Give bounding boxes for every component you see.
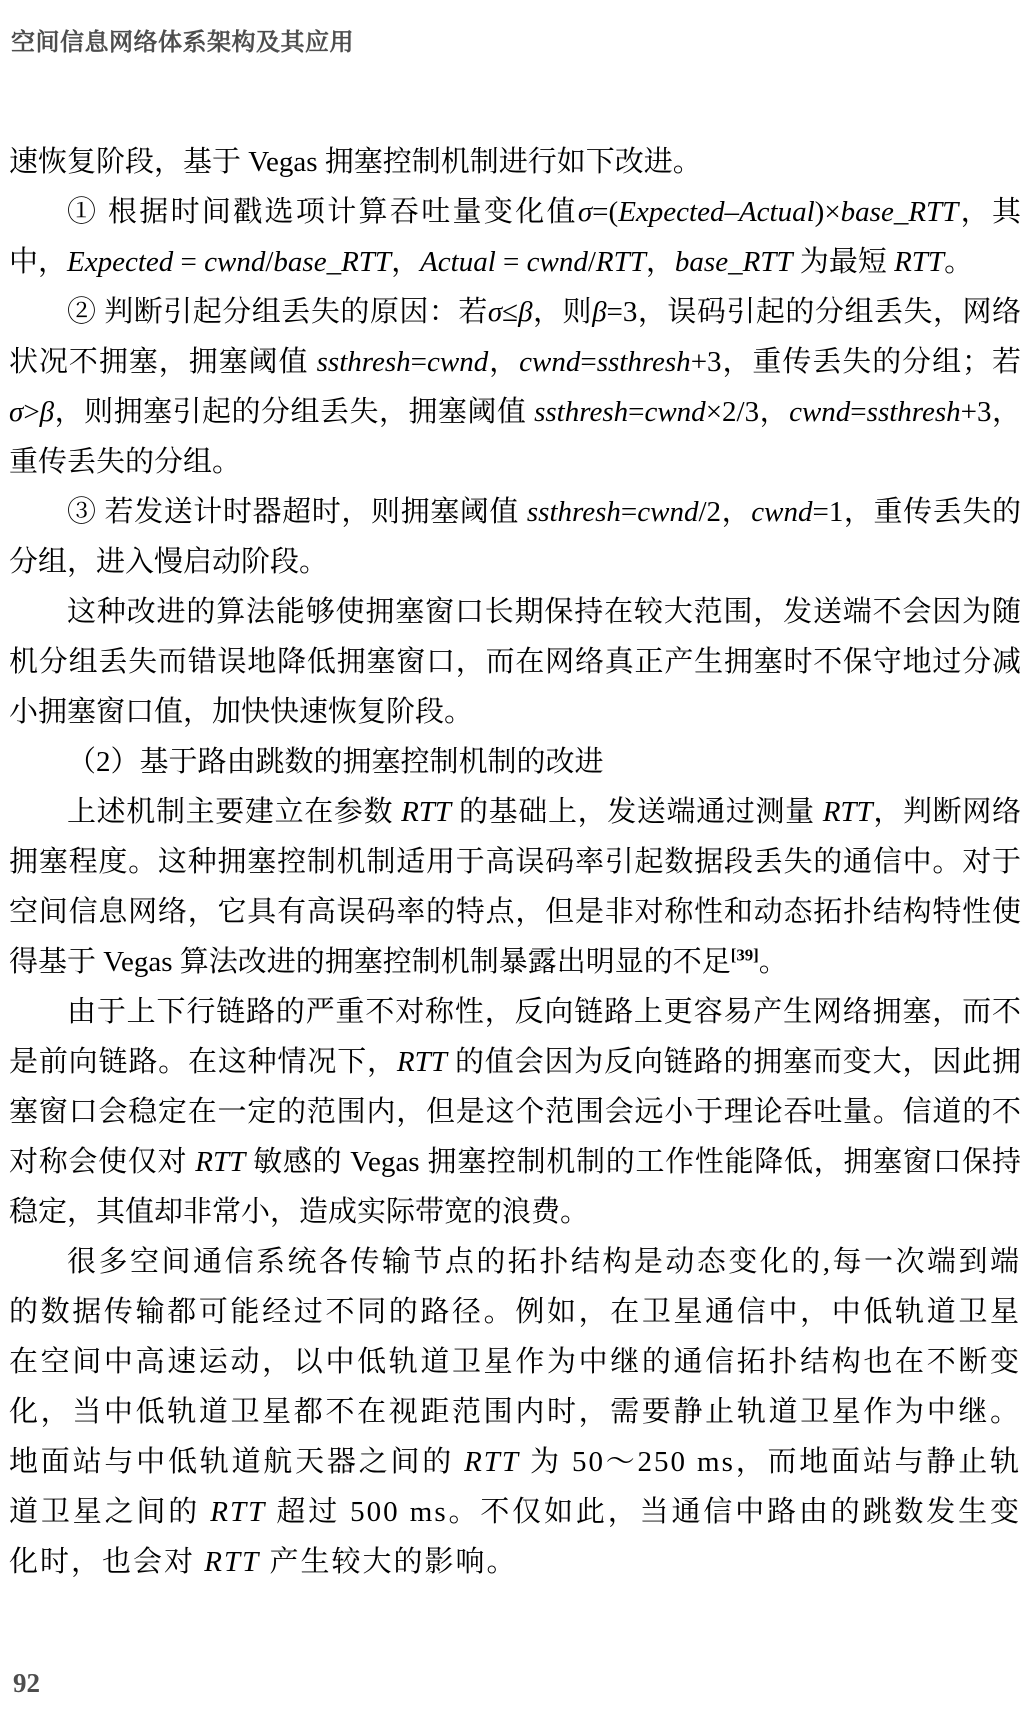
math-term: ssthresh	[527, 496, 621, 528]
paragraph-6: （2）基于路由跳数的拥塞控制机制的改进	[9, 737, 1021, 787]
text-run: ① 根据时间戳选项计算吞吐量变化值	[67, 196, 578, 228]
text-run: ② 判断引起分组丢失的原因：若	[67, 296, 488, 328]
paragraph-3: ② 判断引起分组丢失的原因：若σ≤β，则β=3，误码引起的分组丢失，网络状况不拥…	[9, 287, 1021, 487]
text-run: 上述机制主要建立在参数	[67, 796, 401, 828]
math-term: β	[518, 296, 532, 328]
text-run: 。	[944, 246, 973, 278]
document-page: 空间信息网络体系架构及其应用 速恢复阶段，基于 Vegas 拥塞控制机制进行如下…	[0, 0, 1029, 1717]
text-run: 。	[759, 946, 788, 978]
citation-ref: [39]	[731, 945, 759, 964]
text-run: ，	[391, 246, 420, 278]
math-term: cwnd	[519, 346, 580, 378]
math-term: σ	[488, 296, 502, 328]
math-term: Actual	[739, 196, 815, 228]
math-term: Actual	[420, 246, 496, 278]
text-run: 速恢复阶段，基于 Vegas 拥塞控制机制进行如下改进。	[9, 146, 702, 178]
paragraph-1: 速恢复阶段，基于 Vegas 拥塞控制机制进行如下改进。	[9, 137, 1021, 187]
math-term: RTT	[401, 796, 451, 828]
text-run: =	[411, 346, 427, 378]
text-run: 为最短	[793, 246, 895, 278]
text-run: ，	[646, 246, 675, 278]
math-term: cwnd	[527, 246, 588, 278]
text-run: +3，重传丢失的分组；若	[691, 346, 1021, 378]
text-run: ，则	[533, 296, 593, 328]
math-term: RTT	[823, 796, 873, 828]
math-term: base_RTT	[675, 246, 793, 278]
text-run: 的基础上，发送端通过测量	[451, 796, 823, 828]
text-run: =	[850, 396, 866, 428]
text-run: ≤	[502, 296, 518, 328]
paragraph-7: 上述机制主要建立在参数 RTT 的基础上，发送端通过测量 RTT，判断网络拥塞程…	[9, 787, 1021, 987]
math-term: σ	[9, 396, 23, 428]
math-term: cwnd	[204, 246, 265, 278]
math-term: RTT	[195, 1146, 245, 1178]
math-term: Expected	[618, 196, 724, 228]
math-term: RTT	[204, 1546, 260, 1578]
math-term: ssthresh	[317, 346, 411, 378]
text-run: =	[173, 246, 204, 278]
text-run: ③ 若发送计时器超时，则拥塞阈值	[67, 496, 527, 528]
math-term: cwnd	[644, 396, 705, 428]
math-term: RTT	[210, 1496, 266, 1528]
text-run: –	[724, 196, 739, 228]
math-term: RTT	[894, 246, 944, 278]
math-term: cwnd	[637, 496, 698, 528]
math-term: ssthresh	[597, 346, 691, 378]
text-run: 这种改进的算法能够使拥塞窗口长期保持在较大范围，发送端不会因为随机分组丢失而错误…	[9, 596, 1021, 728]
text-run: 很多空间通信系统各传输节点的拓扑结构是动态变化的,每一次端到端的数据传输都可能经…	[9, 1246, 1021, 1478]
text-run: ，	[488, 346, 519, 378]
math-term: RTT	[596, 246, 646, 278]
text-run: =	[628, 396, 644, 428]
text-run: ×2/3，	[706, 396, 789, 428]
paragraph-9: 很多空间通信系统各传输节点的拓扑结构是动态变化的,每一次端到端的数据传输都可能经…	[9, 1237, 1021, 1587]
text-run: （2）基于路由跳数的拥塞控制机制的改进	[67, 746, 604, 778]
math-term: cwnd	[751, 496, 812, 528]
running-header: 空间信息网络体系架构及其应用	[11, 22, 354, 57]
math-term: σ	[578, 196, 592, 228]
text-run: /2，	[698, 496, 751, 528]
text-run: =(	[592, 196, 618, 228]
math-term: β	[592, 296, 606, 328]
math-term: ssthresh	[534, 396, 628, 428]
text-run: 产生较大的影响。	[260, 1546, 517, 1578]
math-term: base_RTT	[273, 246, 391, 278]
text-run: =	[580, 346, 596, 378]
text-run: >	[23, 396, 39, 428]
paragraph-8: 由于上下行链路的严重不对称性，反向链路上更容易产生网络拥塞，而不是前向链路。在这…	[9, 987, 1021, 1237]
text-run: )×	[815, 196, 841, 228]
text-run: ，则拥塞引起的分组丢失，拥塞阈值	[54, 396, 534, 428]
math-term: β	[40, 396, 54, 428]
page-body: 速恢复阶段，基于 Vegas 拥塞控制机制进行如下改进。① 根据时间戳选项计算吞…	[9, 137, 1021, 1587]
math-term: RTT	[397, 1046, 447, 1078]
math-term: ssthresh	[867, 396, 961, 428]
text-run: =	[621, 496, 637, 528]
page-number: 92	[13, 1668, 40, 1699]
paragraph-4: ③ 若发送计时器超时，则拥塞阈值 ssthresh=cwnd/2，cwnd=1，…	[9, 487, 1021, 587]
math-term: Expected	[67, 246, 173, 278]
math-term: cwnd	[427, 346, 488, 378]
text-run: /	[588, 246, 596, 278]
math-term: RTT	[464, 1446, 520, 1478]
paragraph-2: ① 根据时间戳选项计算吞吐量变化值σ=(Expected–Actual)×bas…	[9, 187, 1021, 287]
text-run: =	[496, 246, 527, 278]
math-term: cwnd	[789, 396, 850, 428]
math-term: base_RTT	[841, 196, 959, 228]
paragraph-5: 这种改进的算法能够使拥塞窗口长期保持在较大范围，发送端不会因为随机分组丢失而错误…	[9, 587, 1021, 737]
